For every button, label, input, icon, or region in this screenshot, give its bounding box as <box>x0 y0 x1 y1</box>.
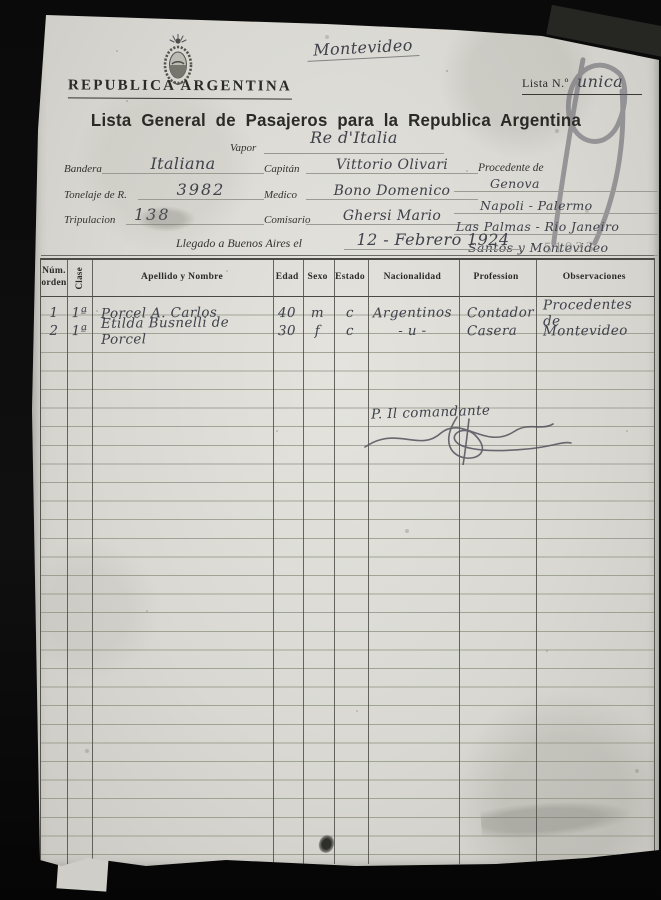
medico-value-text: Bono Domenico <box>334 183 451 199</box>
llegado-label: Llegado a Buenos Aires el <box>176 236 302 251</box>
handwritten-annotation-montevideo: Montevideo <box>288 34 439 62</box>
column-header-nacionalidad: Nacionalidad <box>367 260 458 296</box>
column-divider <box>273 260 274 864</box>
column-divider <box>459 260 460 864</box>
cell-observaciones: Montevideo <box>534 320 654 340</box>
llegado-value: 12 - Febrero 1924 <box>344 222 522 250</box>
signature-flourish <box>357 415 577 465</box>
llegado-value-text: 12 - Febrero 1924 <box>357 230 510 249</box>
cell-edad: 40 <box>272 303 302 322</box>
cell-edad: 30 <box>272 321 302 340</box>
column-header-clase: Clase <box>67 260 92 296</box>
column-divider <box>368 260 369 864</box>
procedente-line-1-text: Genova <box>490 176 540 191</box>
bandera-value: Italiana <box>102 148 264 174</box>
tonelaje-value-text: 3982 <box>177 180 226 199</box>
procedente-line-2: Napoli - Palermo <box>454 193 658 214</box>
cell-clase: 1ª <box>67 321 92 340</box>
column-divider <box>67 260 68 864</box>
annotation-text: Montevideo <box>307 35 420 62</box>
column-header-apellido-nombre: Apellido y Nombre <box>92 260 272 296</box>
capitan-value: Vittorio Olivari <box>306 148 478 174</box>
column-divider <box>536 260 537 864</box>
captain-signature-block: P. Il comandante <box>371 403 581 419</box>
cell-estado: c <box>333 321 367 340</box>
bandera-value-text: Italiana <box>150 154 215 173</box>
column-header-profession: Profession <box>458 260 535 296</box>
tonelaje-label: Tonelaje de R. <box>64 189 127 201</box>
procedente-line-2-text: Napoli - Palermo <box>480 198 593 213</box>
column-divider <box>303 260 304 864</box>
table-body: 1 1ª Porcel A. Carlos 40 m c Argentinos … <box>41 297 654 864</box>
cell-nombre: Etilda Busnelli de Porcel <box>92 320 273 341</box>
column-divider <box>92 260 93 864</box>
cell-num: 2 <box>41 321 67 340</box>
capitan-label: Capitán <box>264 163 299 175</box>
column-header-observaciones: Observaciones <box>534 260 654 296</box>
table-row: 2 1ª Etilda Busnelli de Porcel 30 f c - … <box>41 321 654 340</box>
column-header-estado: Estado <box>333 260 367 296</box>
paper-smudge <box>480 797 632 841</box>
tripulacion-label: Tripulacion <box>64 214 115 226</box>
procedente-line-1: Genova <box>454 170 658 192</box>
cell-nacionalidad: Argentinos <box>367 303 458 323</box>
cell-profession: Casera <box>458 321 535 341</box>
cell-sexo: f <box>302 321 333 340</box>
capitan-value-text: Vittorio Olivari <box>336 157 448 173</box>
bandera-label: Bandera <box>64 163 102 175</box>
cell-estado: c <box>333 303 367 322</box>
column-header-sexo: Sexo <box>302 260 333 296</box>
column-header-clase-text: Clase <box>74 267 85 290</box>
column-header-num-orden: Núm. orden <box>41 260 67 296</box>
cell-num: 1 <box>41 303 67 322</box>
cell-profession: Contador <box>458 303 535 323</box>
column-header-edad: Edad <box>272 260 302 296</box>
medico-value: Bono Domenico <box>306 174 478 200</box>
table-header-row: Núm. orden Clase Apellido y Nombre Edad … <box>41 260 654 297</box>
scan-background: Montevideo REPUBLICA ARGENTINA Lista N.º… <box>0 0 661 900</box>
comisario-label: Comisario <box>264 214 310 226</box>
cell-clase: 1ª <box>67 303 92 322</box>
country-heading: REPUBLICA ARGENTINA <box>68 77 292 99</box>
vapor-value-text: Re d'Italia <box>310 128 398 147</box>
medico-label: Medico <box>264 189 297 201</box>
cell-sexo: m <box>302 303 333 322</box>
column-divider <box>334 260 335 864</box>
paper-speckles <box>26 10 28 12</box>
passenger-table: Núm. orden Clase Apellido y Nombre Edad … <box>40 258 655 864</box>
document-page: Montevideo REPUBLICA ARGENTINA Lista N.º… <box>26 10 659 868</box>
paper-smudge <box>136 206 196 232</box>
cell-nacionalidad: - u - <box>367 321 458 341</box>
tonelaje-value: 3982 <box>138 174 264 200</box>
